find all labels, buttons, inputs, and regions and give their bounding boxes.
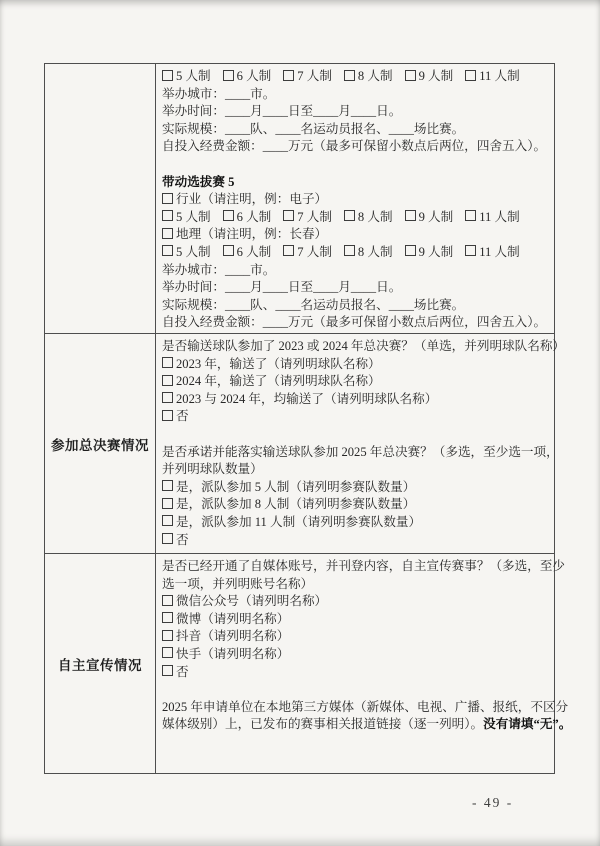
checkbox-icon bbox=[162, 228, 173, 239]
table-body: 5 人制6 人制7 人制8 人制9 人制11 人制举办城市：____市。举办时间… bbox=[45, 64, 555, 774]
form-line: 是否已经开通了自媒体账号，并刊登内容，自主宣传赛事？（多选，至少 bbox=[162, 558, 550, 576]
checkbox-option: 行业（请注明，例：电子） bbox=[162, 191, 550, 209]
checkbox-option-label: 5 人制 bbox=[176, 69, 211, 83]
checkbox-option-label: 6 人制 bbox=[237, 245, 272, 259]
checkbox-option-label: 9 人制 bbox=[419, 245, 454, 259]
checkbox-icon bbox=[283, 245, 294, 256]
row-content: 是否输送球队参加了 2023 或 2024 年总决赛？（单选，并列明球队名称）2… bbox=[156, 334, 555, 554]
checkbox-icon bbox=[405, 210, 416, 221]
checkbox-option: 7 人制 bbox=[283, 245, 332, 259]
checkbox-icon bbox=[162, 630, 173, 641]
checkbox-option-label: 否 bbox=[176, 409, 189, 423]
checkbox-icon bbox=[162, 357, 173, 368]
form-line: 实际规模：____队、____名运动员报名、____场比赛。 bbox=[162, 297, 550, 315]
checkbox-option: 9 人制 bbox=[405, 69, 454, 83]
checkbox-option: 否 bbox=[162, 664, 550, 682]
checkbox-option: 11 人制 bbox=[465, 245, 519, 259]
checkbox-option: 微信公众号（请列明名称） bbox=[162, 593, 550, 611]
application-form-table: 5 人制6 人制7 人制8 人制9 人制11 人制举办城市：____市。举办时间… bbox=[44, 63, 555, 774]
checkbox-option: 2024 年，输送了（请列明球队名称） bbox=[162, 373, 550, 391]
section-heading: 带动选拔赛 5 bbox=[162, 174, 550, 192]
checkbox-option-label: 否 bbox=[176, 533, 189, 547]
form-line: 举办时间：____月____日至____月____日。 bbox=[162, 103, 550, 121]
form-line: 选一项，并列明账号名称） bbox=[162, 576, 550, 594]
row-label: 参加总决赛情况 bbox=[45, 334, 156, 554]
checkbox-option: 5 人制 bbox=[162, 210, 211, 224]
table-row: 参加总决赛情况是否输送球队参加了 2023 或 2024 年总决赛？（单选，并列… bbox=[45, 334, 555, 554]
checkbox-icon bbox=[162, 245, 173, 256]
checkbox-option-label: 7 人制 bbox=[297, 69, 332, 83]
checkbox-option: 2023 与 2024 年，均输送了（请列明球队名称） bbox=[162, 391, 550, 409]
checkbox-option: 6 人制 bbox=[223, 210, 272, 224]
checkbox-option: 8 人制 bbox=[344, 245, 393, 259]
checkbox-option: 5 人制 bbox=[162, 69, 211, 83]
text-segment: 媒体级别）上，已发布的赛事相关报道链接（逐一列明）。 bbox=[162, 717, 483, 731]
checkbox-option: 9 人制 bbox=[405, 245, 454, 259]
checkbox-icon bbox=[405, 245, 416, 256]
checkbox-icon bbox=[162, 647, 173, 658]
page-number: - 49 - bbox=[472, 795, 513, 811]
form-line: 媒体级别）上，已发布的赛事相关报道链接（逐一列明）。没有请填“无”。 bbox=[162, 716, 550, 734]
checkbox-icon bbox=[162, 375, 173, 386]
checkbox-option-label: 是，派队参加 8 人制（请列明参赛队数量） bbox=[176, 497, 415, 511]
checkbox-icon bbox=[344, 210, 355, 221]
row-content: 5 人制6 人制7 人制8 人制9 人制11 人制举办城市：____市。举办时间… bbox=[156, 64, 555, 334]
form-line: 是否承诺并能落实输送球队参加 2025 年总决赛？（多选，至少选一项， bbox=[162, 444, 550, 462]
checkbox-icon bbox=[465, 210, 476, 221]
checkbox-icon bbox=[283, 210, 294, 221]
form-line: 举办时间：____月____日至____月____日。 bbox=[162, 279, 550, 297]
row-label: 自主宣传情况 bbox=[45, 554, 156, 774]
checkbox-option: 9 人制 bbox=[405, 210, 454, 224]
checkbox-option-label: 否 bbox=[176, 665, 189, 679]
checkbox-option: 11 人制 bbox=[465, 210, 519, 224]
checkbox-option-label: 9 人制 bbox=[419, 69, 454, 83]
checkbox-option-label: 2023 年，输送了（请列明球队名称） bbox=[176, 357, 381, 371]
checkbox-icon bbox=[465, 245, 476, 256]
checkbox-icon bbox=[162, 498, 173, 509]
checkbox-option-label: 11 人制 bbox=[479, 69, 519, 83]
checkbox-icon bbox=[283, 70, 294, 81]
checkbox-option-label: 11 人制 bbox=[479, 245, 519, 259]
checkbox-option: 6 人制 bbox=[223, 245, 272, 259]
checkbox-option: 7 人制 bbox=[283, 69, 332, 83]
checkbox-option: 是，派队参加 8 人制（请列明参赛队数量） bbox=[162, 496, 550, 514]
checkbox-icon bbox=[162, 665, 173, 676]
checkbox-option-label: 7 人制 bbox=[297, 210, 332, 224]
row-content: 是否已经开通了自媒体账号，并刊登内容，自主宣传赛事？（多选，至少选一项，并列明账… bbox=[156, 554, 555, 774]
checkbox-option-label: 地理（请注明，例：长春） bbox=[176, 227, 327, 241]
form-line: 实际规模：____队、____名运动员报名、____场比赛。 bbox=[162, 121, 550, 139]
form-line: 是否输送球队参加了 2023 或 2024 年总决赛？（单选，并列明球队名称） bbox=[162, 338, 550, 356]
checkbox-icon bbox=[162, 515, 173, 526]
checkbox-option-group: 5 人制6 人制7 人制8 人制9 人制11 人制 bbox=[162, 68, 550, 86]
form-line: 自投入经费金额：____万元（最多可保留小数点后两位，四舍五入）。 bbox=[162, 138, 550, 156]
checkbox-option-label: 是，派队参加 11 人制（请列明参赛队数量） bbox=[176, 515, 421, 529]
checkbox-option: 微博（请列明名称） bbox=[162, 611, 550, 629]
checkbox-option-label: 7 人制 bbox=[297, 245, 332, 259]
checkbox-option-label: 8 人制 bbox=[358, 210, 393, 224]
checkbox-option: 否 bbox=[162, 532, 550, 550]
row-label bbox=[45, 64, 156, 334]
checkbox-option-label: 是，派队参加 5 人制（请列明参赛队数量） bbox=[176, 480, 415, 494]
form-line: 举办城市：____市。 bbox=[162, 86, 550, 104]
table-row: 5 人制6 人制7 人制8 人制9 人制11 人制举办城市：____市。举办时间… bbox=[45, 64, 555, 334]
checkbox-option: 6 人制 bbox=[223, 69, 272, 83]
checkbox-option-label: 微博（请列明名称） bbox=[176, 612, 289, 626]
checkbox-icon bbox=[223, 245, 234, 256]
checkbox-option-label: 微信公众号（请列明名称） bbox=[176, 594, 327, 608]
checkbox-icon bbox=[162, 210, 173, 221]
checkbox-option-group: 5 人制6 人制7 人制8 人制9 人制11 人制 bbox=[162, 209, 550, 227]
checkbox-option: 地理（请注明，例：长春） bbox=[162, 226, 550, 244]
checkbox-option-label: 5 人制 bbox=[176, 245, 211, 259]
checkbox-option: 2023 年，输送了（请列明球队名称） bbox=[162, 356, 550, 374]
checkbox-option: 5 人制 bbox=[162, 245, 211, 259]
checkbox-icon bbox=[162, 193, 173, 204]
checkbox-option: 是，派队参加 11 人制（请列明参赛队数量） bbox=[162, 514, 550, 532]
form-line: 自投入经费金额：____万元（最多可保留小数点后两位，四舍五入）。 bbox=[162, 314, 550, 332]
checkbox-option: 否 bbox=[162, 408, 550, 426]
form-line: 并列明球队数量） bbox=[162, 461, 550, 479]
checkbox-icon bbox=[162, 595, 173, 606]
checkbox-icon bbox=[162, 533, 173, 544]
checkbox-icon bbox=[162, 612, 173, 623]
checkbox-icon bbox=[162, 480, 173, 491]
checkbox-option: 8 人制 bbox=[344, 210, 393, 224]
checkbox-option: 8 人制 bbox=[344, 69, 393, 83]
checkbox-icon bbox=[162, 70, 173, 81]
checkbox-option-label: 9 人制 bbox=[419, 210, 454, 224]
checkbox-icon bbox=[465, 70, 476, 81]
blank-line bbox=[162, 681, 550, 699]
checkbox-option-label: 2023 与 2024 年，均输送了（请列明球队名称） bbox=[176, 392, 437, 406]
checkbox-option-label: 快手（请列明名称） bbox=[176, 647, 289, 661]
checkbox-option-label: 2024 年，输送了（请列明球队名称） bbox=[176, 374, 381, 388]
checkbox-option-group: 5 人制6 人制7 人制8 人制9 人制11 人制 bbox=[162, 244, 550, 262]
checkbox-icon bbox=[223, 210, 234, 221]
checkbox-icon bbox=[162, 392, 173, 403]
checkbox-icon bbox=[344, 70, 355, 81]
form-line: 2025 年申请单位在本地第三方媒体（新媒体、电视、广播、报纸，不区分 bbox=[162, 699, 550, 717]
checkbox-option-label: 11 人制 bbox=[479, 210, 519, 224]
checkbox-option-label: 8 人制 bbox=[358, 245, 393, 259]
checkbox-option: 快手（请列明名称） bbox=[162, 646, 550, 664]
checkbox-icon bbox=[162, 410, 173, 421]
blank-line bbox=[162, 156, 550, 174]
checkbox-icon bbox=[405, 70, 416, 81]
checkbox-option: 7 人制 bbox=[283, 210, 332, 224]
checkbox-option: 抖音（请列明名称） bbox=[162, 628, 550, 646]
form-line: 举办城市：____市。 bbox=[162, 262, 550, 280]
checkbox-option-label: 抖音（请列明名称） bbox=[176, 629, 289, 643]
table-row: 自主宣传情况是否已经开通了自媒体账号，并刊登内容，自主宣传赛事？（多选，至少选一… bbox=[45, 554, 555, 774]
checkbox-option-label: 5 人制 bbox=[176, 210, 211, 224]
checkbox-option-label: 6 人制 bbox=[237, 69, 272, 83]
checkbox-icon bbox=[223, 70, 234, 81]
checkbox-option-label: 8 人制 bbox=[358, 69, 393, 83]
bold-note: 没有请填“无”。 bbox=[483, 717, 571, 731]
checkbox-option-label: 6 人制 bbox=[237, 210, 272, 224]
blank-line bbox=[162, 426, 550, 444]
checkbox-option: 11 人制 bbox=[465, 69, 519, 83]
checkbox-icon bbox=[344, 245, 355, 256]
checkbox-option-label: 行业（请注明，例：电子） bbox=[176, 192, 327, 206]
checkbox-option: 是，派队参加 5 人制（请列明参赛队数量） bbox=[162, 479, 550, 497]
